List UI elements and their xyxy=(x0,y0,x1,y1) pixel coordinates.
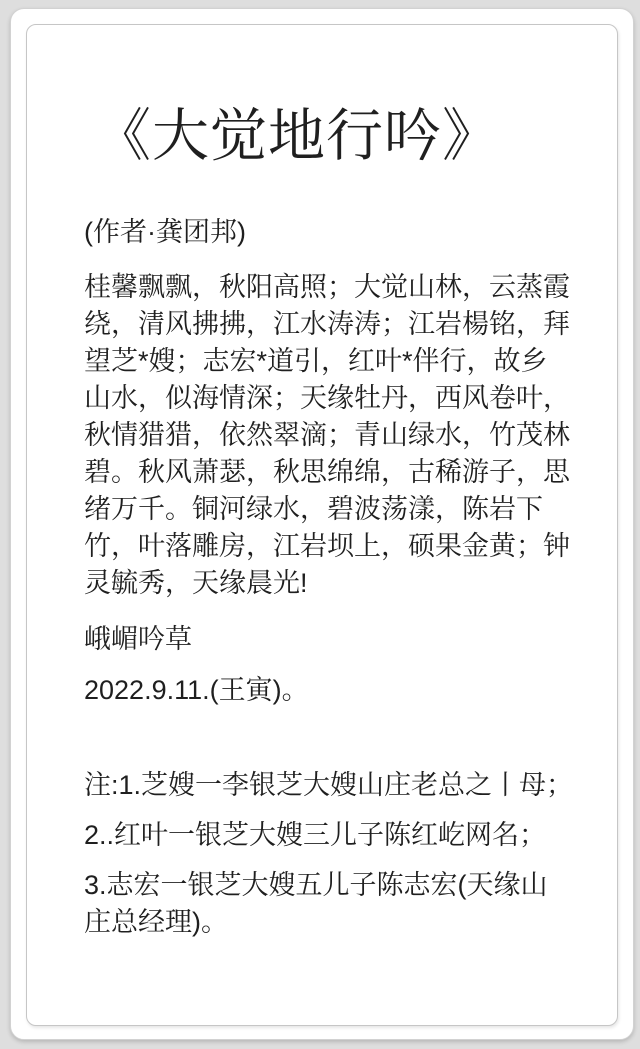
signature-line: 峨嵋吟草 xyxy=(84,623,574,655)
note-line: 2..红叶一银芝大嫂三儿子陈红屹网名； xyxy=(84,817,574,854)
poem-title: 《大觉地行吟》 xyxy=(94,103,574,170)
note-line: 3.志宏一银芝大嫂五儿子陈志宏(天缘山庄总经理)。 xyxy=(84,867,574,941)
notes-section: 注:1.芝嫂一李银芝大嫂山庄老总之丨母； 2..红叶一银芝大嫂三儿子陈红屹网名；… xyxy=(84,767,574,941)
poem-body: 桂馨飘飘，秋阳高照；大觉山林，云蒸霞绕，清风拂拂，江水涛涛；江岩楊铭，拜望芝*嫂… xyxy=(84,269,574,602)
photo-background: 《大觉地行吟》 (作者·龚团邦) 桂馨飘飘，秋阳高照；大觉山林，云蒸霞绕，清风拂… xyxy=(0,0,640,1049)
note-line: 注:1.芝嫂一李银芝大嫂山庄老总之丨母； xyxy=(84,767,574,804)
author-line: (作者·龚团邦) xyxy=(84,216,574,248)
date-line: 2022.9.11.(王寅)。 xyxy=(84,674,574,706)
page-card: 《大觉地行吟》 (作者·龚团邦) 桂馨飘飘，秋阳高照；大觉山林，云蒸霞绕，清风拂… xyxy=(10,8,634,1040)
poem-document: 《大觉地行吟》 (作者·龚团邦) 桂馨飘飘，秋阳高照；大觉山林，云蒸霞绕，清风拂… xyxy=(27,25,617,941)
inner-frame: 《大觉地行吟》 (作者·龚团邦) 桂馨飘飘，秋阳高照；大觉山林，云蒸霞绕，清风拂… xyxy=(26,24,618,1026)
